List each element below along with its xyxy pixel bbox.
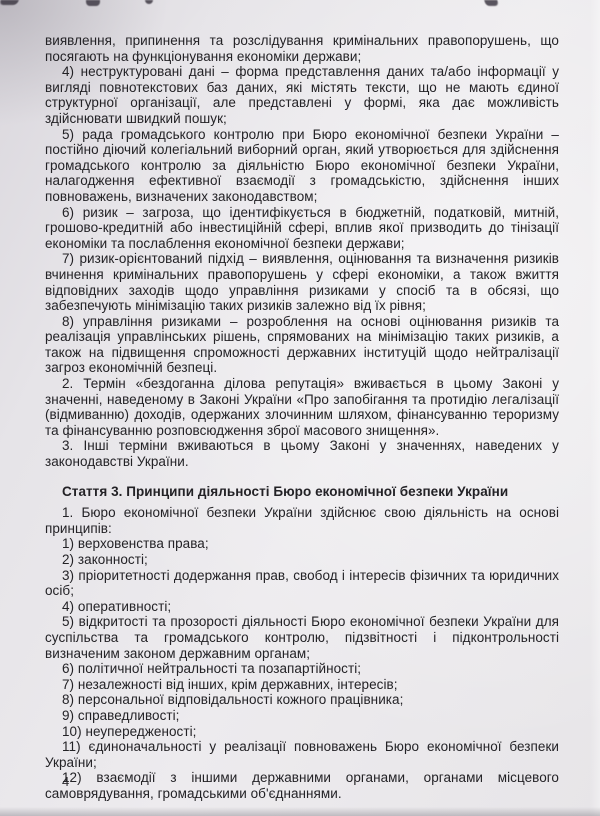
principle-item-6: 6) політичної нейтральності та позапарті…: [45, 661, 559, 677]
clause-3: 3. Інші терміни вживаються в цьому Закон…: [45, 438, 559, 469]
principle-item-9: 9) справедливості;: [45, 708, 559, 724]
principle-item-12: 12) взаємодії з іншими державними органа…: [45, 770, 559, 801]
scan-artifact: [0, 0, 19, 5]
page-edge-shadow: [0, 807, 600, 816]
scanned-page: виявлення, припинення та розслідування к…: [0, 0, 600, 816]
page-number: 4: [62, 774, 69, 789]
principle-item-8: 8) персональної відповідальності кожного…: [45, 692, 559, 708]
principle-item-1: 1) верховенства права;: [45, 536, 559, 552]
definition-item-6: 6) ризик – загроза, що ідентифікується в…: [45, 205, 559, 252]
principle-item-10: 10) неупередженості;: [45, 724, 559, 740]
principle-item-4: 4) оперативності;: [45, 599, 559, 615]
article-3-clause-1: 1. Бюро економічної безпеки України здій…: [45, 505, 559, 536]
principle-item-11: 11) єдиноначальності у реалізації повнов…: [45, 739, 559, 770]
page-text: виявлення, припинення та розслідування к…: [45, 33, 559, 802]
scan-artifact: [145, 0, 153, 4]
principle-item-3: 3) пріоритетності додержання прав, свобо…: [45, 568, 559, 599]
definition-item-8: 8) управління ризиками – розроблення на …: [45, 314, 559, 376]
page-edge-highlight: [590, 0, 600, 816]
principle-item-7: 7) незалежності від інших, крім державни…: [45, 677, 559, 693]
clause-2: 2. Термін «бездоганна ділова репутація» …: [45, 376, 559, 438]
principle-item-2: 2) законності;: [45, 552, 559, 568]
article-3-heading: Стаття 3. Принципи діяльності Бюро еконо…: [45, 484, 559, 500]
definition-item-5: 5) рада громадського контролю при Бюро е…: [45, 127, 559, 205]
paragraph-continuation: виявлення, припинення та розслідування к…: [45, 33, 559, 64]
scan-artifact: [86, 0, 100, 6]
definition-item-4: 4) неструктуровані дані – форма представ…: [45, 64, 559, 126]
definition-item-7: 7) ризик-орієнтований підхід – виявлення…: [45, 251, 559, 313]
scan-artifact: [484, 0, 498, 6]
principle-item-5: 5) відкритості та прозорості діяльності …: [45, 614, 559, 661]
